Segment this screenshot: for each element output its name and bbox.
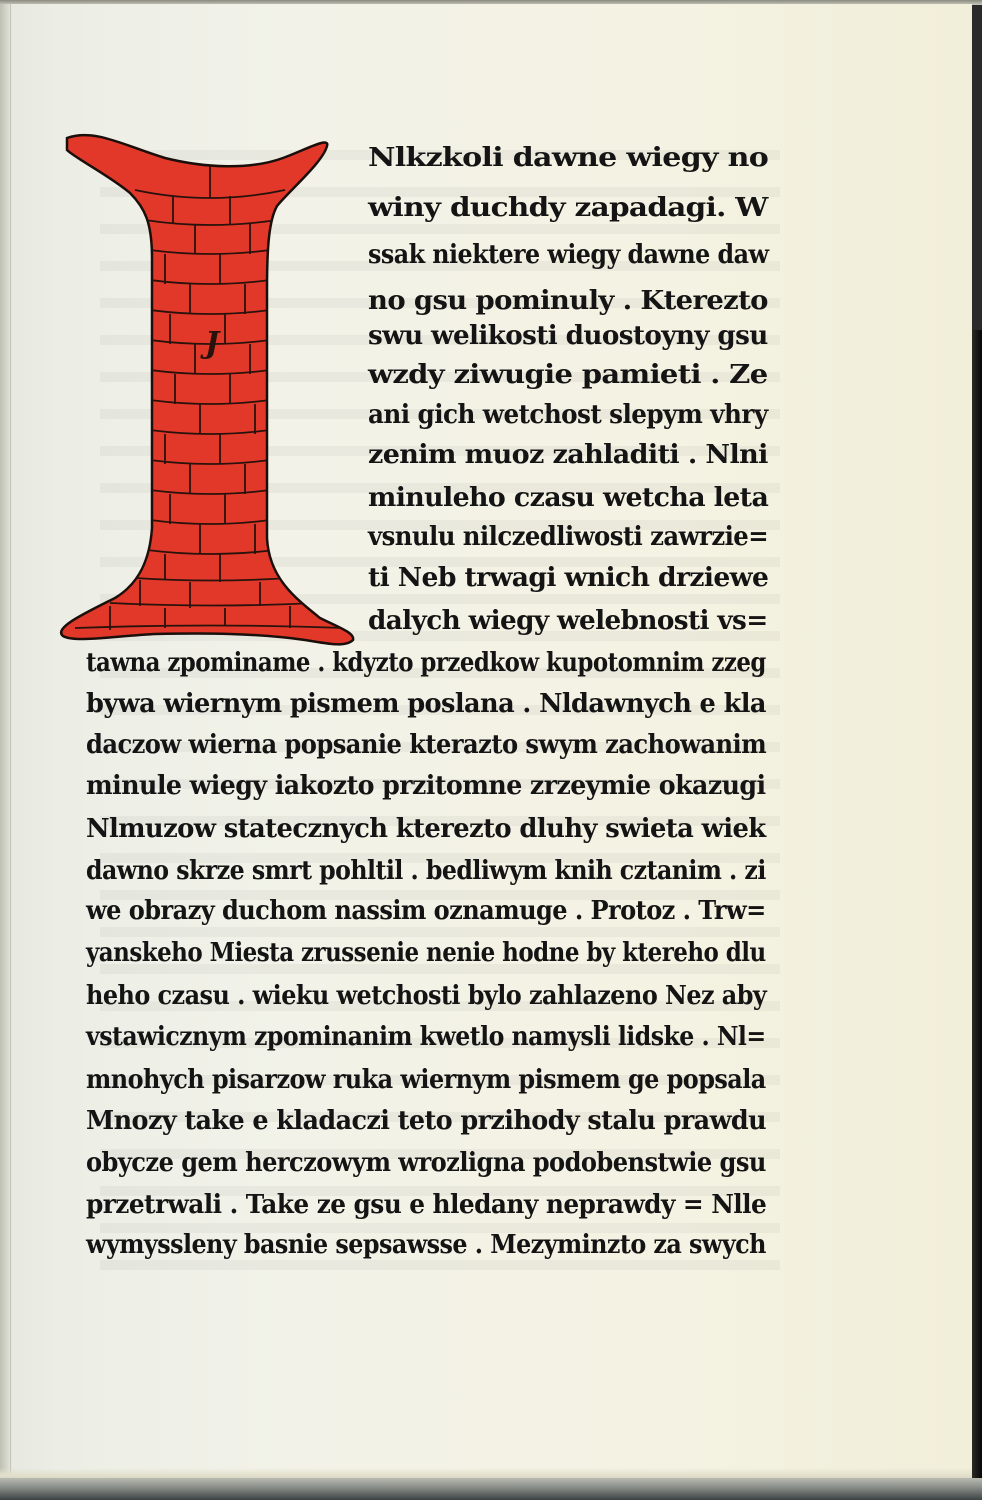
- text-line: daczow wierna popsanie kterazto swym zac…: [86, 730, 766, 760]
- text-line: mnohych pisarzow ruka wiernym pismem ge …: [86, 1065, 766, 1095]
- text-line: obycze gem herczowym wrozligna podobenst…: [86, 1148, 766, 1178]
- scanned-book-page: J Nlkzkoli dawne wiegy no winy duchdy za…: [0, 0, 982, 1500]
- text-line: ani gich wetchost slepym vhry: [368, 400, 768, 430]
- text-line: heho czasu . wieku wetchosti bylo zahlaz…: [86, 981, 766, 1011]
- text-line: wzdy ziwugie pamieti . Ze: [368, 360, 768, 390]
- text-line: we obrazy duchom nassim oznamuge . Proto…: [86, 896, 766, 926]
- text-line: no gsu pominuly . Kterezto: [368, 286, 768, 316]
- text-line: zenim muoz zahladiti . Nlni: [368, 440, 768, 470]
- text-line: wymyssleny basnie sepsawsse . Mezyminzto…: [86, 1230, 766, 1260]
- text-line: ssak niektere wiegy dawne daw: [368, 240, 768, 270]
- text-line: tawna zpominame . kdyzto przedkow kupoto…: [86, 648, 766, 678]
- text-line: bywa wiernym pismem poslana . Nldawnych …: [86, 689, 766, 719]
- text-line: minule wiegy iakozto przitomne zrzeymie …: [86, 771, 766, 801]
- text-line: Nlkzkoli dawne wiegy no: [368, 143, 768, 173]
- text-line: Nlmuzow statecznych kterezto dluhy swiet…: [86, 814, 766, 844]
- text-line: przetrwali . Take ze gsu e hledany nepra…: [86, 1190, 766, 1220]
- text-line: Mnozy take e kladaczi teto przihody stal…: [86, 1106, 766, 1136]
- text-line: ti Neb trwagi wnich drziewe: [368, 563, 768, 593]
- text-line: vsnulu nilczedliwosti zawrzie=: [368, 522, 768, 552]
- body-text: Nlkzkoli dawne wiegy no winy duchdy zapa…: [0, 0, 982, 1500]
- text-line: minuleho czasu wetcha leta: [368, 483, 768, 513]
- text-line: dalych wiegy welebnosti vs=: [368, 606, 768, 636]
- text-line: yanskeho Miesta zrussenie nenie hodne by…: [86, 938, 766, 968]
- text-line: vstawicznym zpominanim kwetlo namysli li…: [86, 1022, 766, 1052]
- text-line: dawno skrze smrt pohltil . bedliwym knih…: [86, 856, 766, 886]
- text-line: swu welikosti duostoyny gsu: [368, 321, 768, 351]
- text-line: winy duchdy zapadagi. W: [368, 193, 768, 223]
